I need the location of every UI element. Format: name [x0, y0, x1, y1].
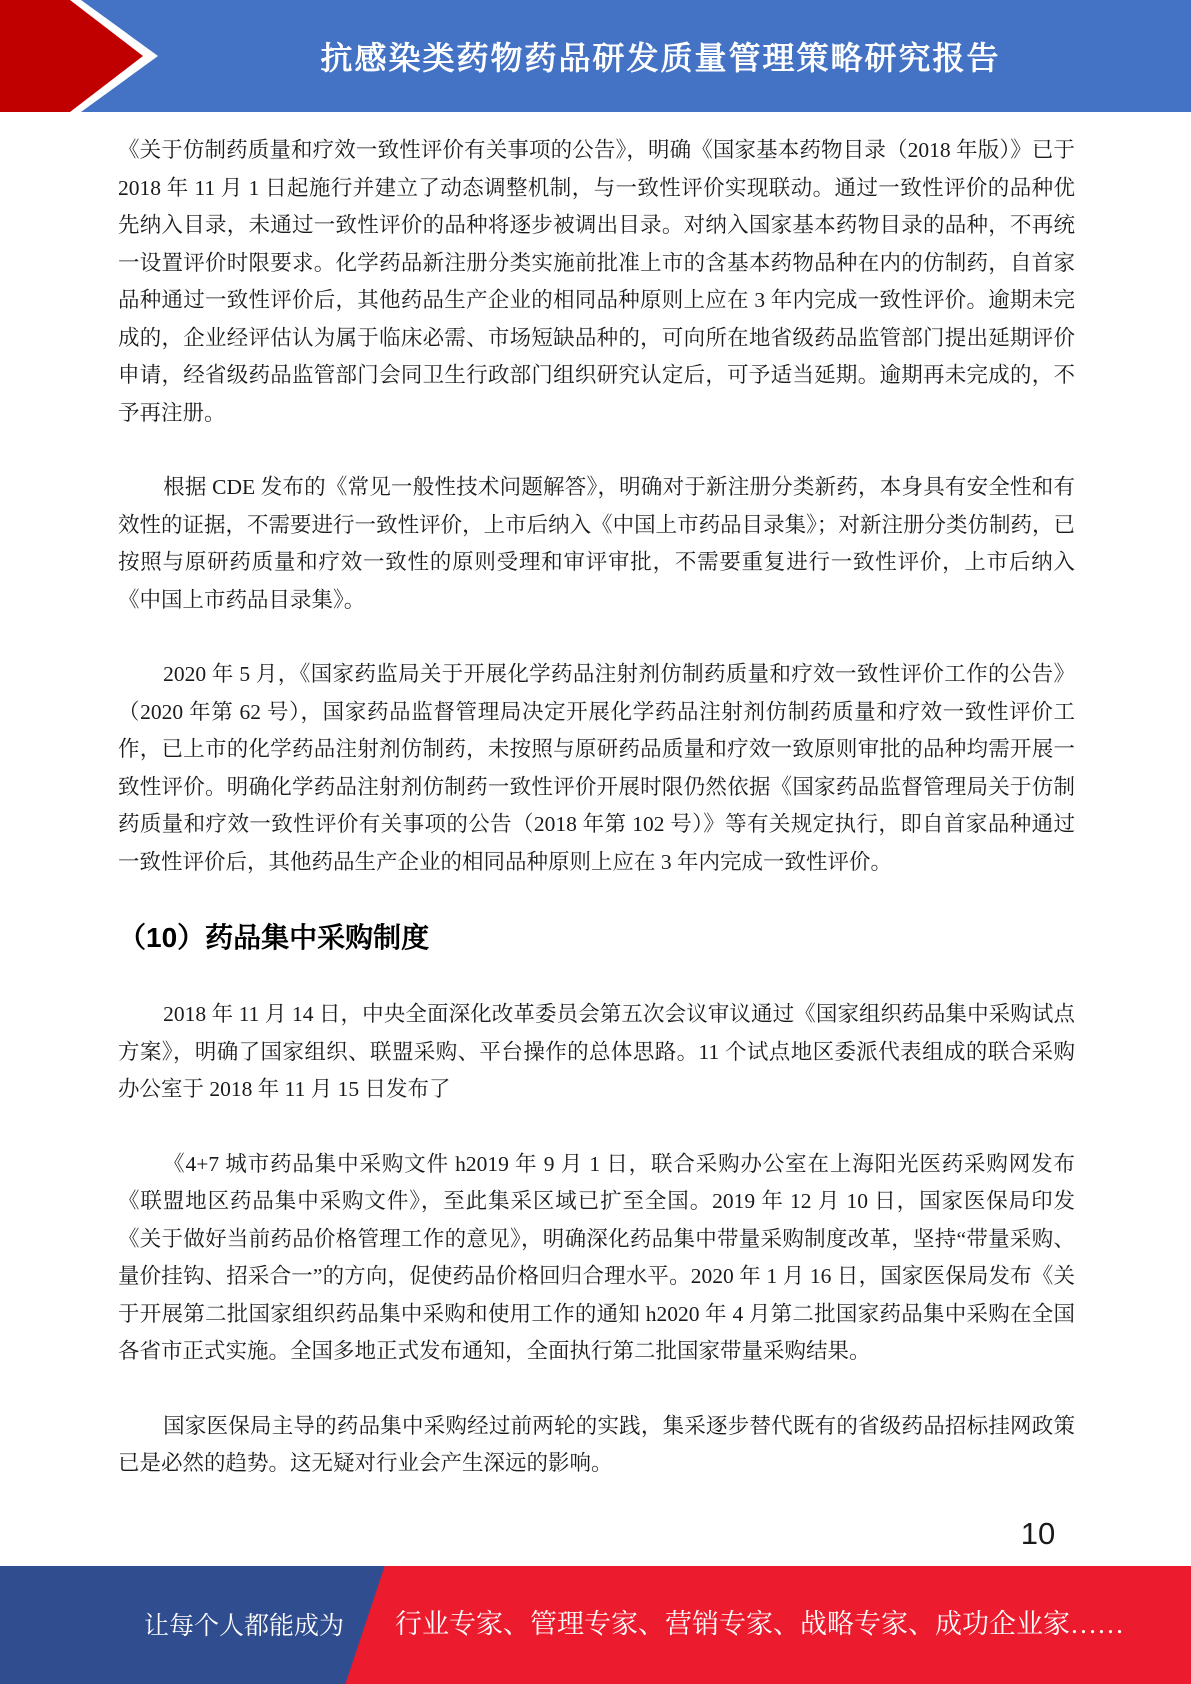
footer-band: 让每个人都能成为 行业专家、管理专家、营销专家、战略专家、成功企业家…… — [0, 1566, 1191, 1684]
page-title: 抗感染类药物药品研发质量管理策略研究报告 — [170, 0, 1151, 112]
report-page: 抗感染类药物药品研发质量管理策略研究报告 《关于仿制药质量和疗效一致性评价有关事… — [0, 0, 1191, 1684]
paragraph: 根据 CDE 发布的《常见一般性技术问题解答》，明确对于新注册分类新药，本身具有… — [118, 469, 1075, 619]
paragraph: 2018 年 11 月 14 日，中央全面深化改革委员会第五次会议审议通过《国家… — [118, 996, 1075, 1109]
document-body: 《关于仿制药质量和疗效一致性评价有关事项的公告》，明确《国家基本药物目录（201… — [118, 132, 1075, 1520]
header-band: 抗感染类药物药品研发质量管理策略研究报告 — [0, 0, 1191, 112]
paragraph: 《关于仿制药质量和疗效一致性评价有关事项的公告》，明确《国家基本药物目录（201… — [118, 132, 1075, 432]
paragraph: 《4+7 城市药品集中采购文件 h2019 年 9 月 1 日，联合采购办公室在… — [118, 1146, 1075, 1371]
section-heading: （10）药品集中采购制度 — [118, 918, 1075, 958]
red-arrow-icon — [0, 0, 170, 112]
paragraph: 国家医保局主导的药品集中采购经过前两轮的实践，集采逐步替代既有的省级药品招标挂网… — [118, 1408, 1075, 1483]
page-number: 10 — [1008, 1516, 1068, 1552]
footer-slogan-right: 行业专家、管理专家、营销专家、战略专家、成功企业家…… — [395, 1602, 1124, 1641]
paragraph: 2020 年 5 月，《国家药监局关于开展化学药品注射剂仿制药质量和疗效一致性评… — [118, 656, 1075, 881]
footer-slogan-left: 让每个人都能成为 — [144, 1606, 344, 1642]
